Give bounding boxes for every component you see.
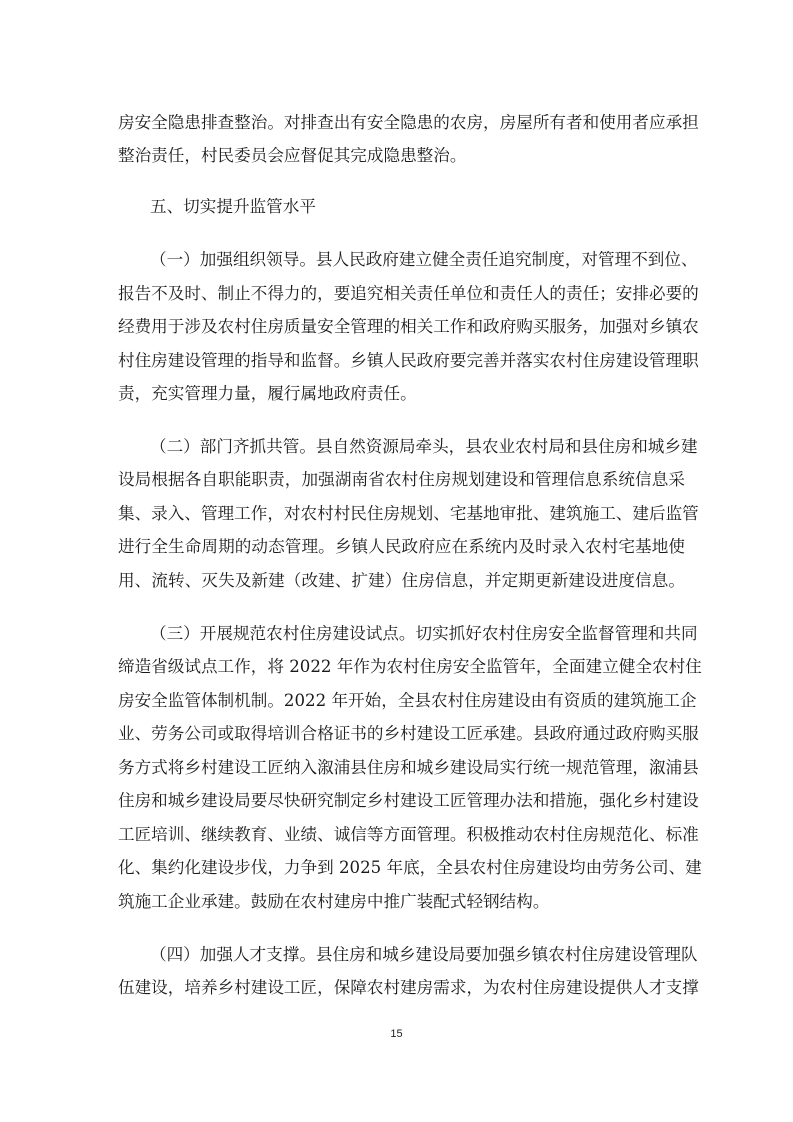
paragraph-line: （三）开展规范农村住房建设试点。切实抓好农村住房安全监督管理和共同: [150, 624, 685, 644]
paragraph-line: 伍建设，培养乡村建设工匠，保障农村建房需求，为农村住房建设提供人才支撑: [118, 978, 685, 998]
paragraph-line: 整治责任，村民委员会应督促其完成隐患整治。: [118, 146, 685, 166]
paragraph-line: 筑施工企业承建。鼓励在农村建房中推广装配式轻钢结构。: [118, 892, 685, 912]
paragraph-line: 住房和城乡建设局要尽快研究制定乡村建设工匠管理办法和措施，强化乡村建设: [118, 791, 685, 811]
paragraph-line: 房安全监管体制机制。2022 年开始，全县农村住房建设由有资质的建筑施工企: [118, 691, 685, 711]
paragraph-line: （四）加强人才支撑。县住房和城乡建设局要加强乡镇农村住房建设管理队: [150, 945, 685, 965]
paragraph-line: 缔造省级试点工作，将 2022 年作为农村住房安全监管年，全面建立健全农村住: [118, 657, 685, 677]
paragraph-line: 进行全生命周期的动态管理。乡镇人民政府应在系统内及时录入农村宅基地使: [118, 537, 685, 557]
paragraph-line: 设局根据各自职能职责，加强湖南省农村住房规划建设和管理信息系统信息采: [118, 470, 685, 490]
page-number: 15: [0, 1028, 793, 1040]
paragraph-line: 化、集约化建设步伐，力争到 2025 年底，全县农村住房建设均由劳务公司、建: [118, 858, 685, 878]
paragraph-line: （一）加强组织领导。县人民政府建立健全责任追究制度，对管理不到位、: [150, 250, 685, 270]
paragraph-line: 报告不及时、制止不得力的，要追究相关责任单位和责任人的责任；安排必要的: [118, 284, 685, 304]
paragraph-line: （二）部门齐抓共管。县自然资源局牵头，县农业农村局和县住房和城乡建: [150, 437, 685, 457]
paragraph-line: 务方式将乡村建设工匠纳入溆浦县住房和城乡建设局实行统一规范管理，溆浦县: [118, 758, 685, 778]
paragraph-line: 业、劳务公司或取得培训合格证书的乡村建设工匠承建。县政府通过政府购买服: [118, 724, 685, 744]
paragraph-line: 经费用于涉及农村住房质量安全管理的相关工作和政府购买服务，加强对乡镇农: [118, 317, 685, 337]
paragraph-line: 村住房建设管理的指导和监督。乡镇人民政府要完善并落实农村住房建设管理职: [118, 351, 685, 371]
paragraph-line: 工匠培训、继续教育、业绩、诚信等方面管理。积极推动农村住房规范化、标准: [118, 825, 685, 845]
paragraph-line: 集、录入、管理工作，对农村村民住房规划、宅基地审批、建筑施工、建后监管: [118, 504, 685, 524]
document-page: 房安全隐患排查整治。对排查出有安全隐患的农房，房屋所有者和使用者应承担 整治责任…: [0, 0, 793, 1122]
paragraph-line: 房安全隐患排查整治。对排查出有安全隐患的农房，房屋所有者和使用者应承担: [118, 113, 685, 133]
paragraph-line: 责，充实管理力量，履行属地政府责任。: [118, 384, 685, 404]
section-heading: 五、切实提升监管水平: [150, 197, 685, 217]
paragraph-line: 用、流转、灭失及新建（改建、扩建）住房信息，并定期更新建设进度信息。: [118, 571, 685, 591]
